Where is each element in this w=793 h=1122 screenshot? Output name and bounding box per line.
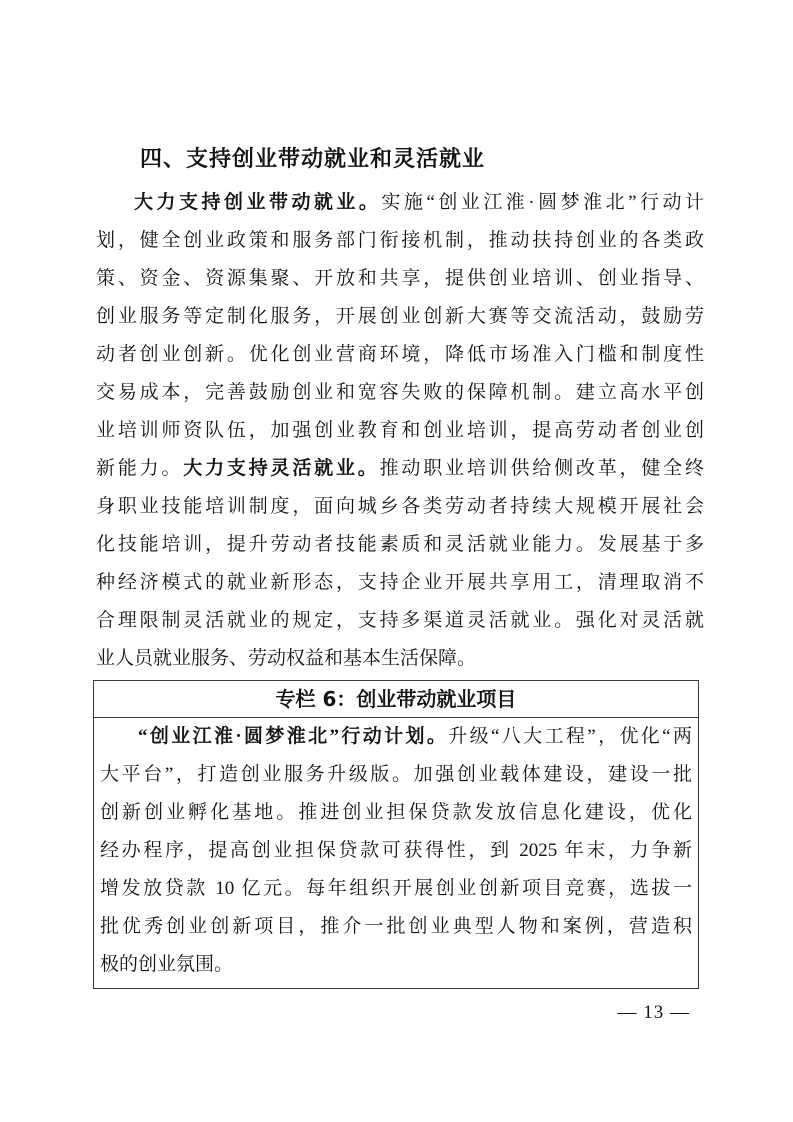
- highlight-box-title: 专栏 6：创业带动就业项目: [94, 681, 698, 718]
- paragraph-line: 创业服务等定制化服务，开展创业创新大赛等交流活动，鼓励劳: [96, 298, 704, 336]
- paragraph-line: 种经济模式的就业新形态，支持企业开展共享用工，清理取消不: [96, 564, 704, 602]
- highlight-box-body: “创业江淮·圆梦淮北”行动计划。升级“八大工程”，优化“两 大平台”，打造创业服…: [94, 718, 698, 988]
- box-line: 创新创业孵化基地。推进创业担保贷款发放信息化建设，优化: [100, 794, 692, 832]
- paragraph-line: 化技能培训，提升劳动者技能素质和灵活就业能力。发展基于多: [96, 526, 704, 564]
- line-text: 推动职业培训供给侧改革，健全终: [380, 458, 704, 479]
- body-paragraph: 大力支持创业带动就业。实施“创业江淮·圆梦淮北”行动计 划，健全创业政策和服务部…: [96, 184, 704, 678]
- box-line: 大平台”，打造创业服务升级版。加强创业载体建设，建设一批: [100, 756, 692, 794]
- page-number: — 13 —: [618, 1000, 691, 1026]
- paragraph-line: 交易成本，完善鼓励创业和宽容失败的保障机制。建立高水平创: [96, 374, 704, 412]
- paragraph-line: 业人员就业服务、劳动权益和基本生活保障。: [96, 640, 704, 678]
- paragraph-line: 动者创业创新。优化创业营商环境，降低市场准入门槛和制度性: [96, 336, 704, 374]
- paragraph-line: 大力支持创业带动就业。实施“创业江淮·圆梦淮北”行动计: [96, 184, 704, 222]
- paragraph-line: 业培训师资队伍，加强创业教育和创业培训，提高劳动者创业创: [96, 412, 704, 450]
- box-line: 经办程序，提高创业担保贷款可获得性，到 2025 年末，力争新: [100, 832, 692, 870]
- box-line: 极的创业氛围。: [100, 946, 692, 984]
- paragraph-line: 划，健全创业政策和服务部门衔接机制，推动扶持创业的各类政: [96, 222, 704, 260]
- box-line: “创业江淮·圆梦淮北”行动计划。升级“八大工程”，优化“两: [100, 718, 692, 756]
- box-line: 增发放贷款 10 亿元。每年组织开展创业创新项目竞赛，选拔一: [100, 870, 692, 908]
- document-page: 四、支持创业带动就业和灵活就业 大力支持创业带动就业。实施“创业江淮·圆梦淮北”…: [0, 0, 793, 1122]
- bold-lead-in: 大力支持创业带动就业。: [134, 192, 381, 213]
- line-text: 新能力。: [96, 458, 183, 479]
- line-text: 升级“八大工程”，优化“两: [448, 726, 692, 747]
- paragraph-line: 身职业技能培训制度，面向城乡各类劳动者持续大规模开展社会: [96, 488, 704, 526]
- document-content: 四、支持创业带动就业和灵活就业 大力支持创业带动就业。实施“创业江淮·圆梦淮北”…: [96, 144, 704, 989]
- bold-lead-in: “创业江淮·圆梦淮北”行动计划。: [138, 726, 448, 747]
- section-heading: 四、支持创业带动就业和灵活就业: [96, 144, 704, 176]
- box-line: 批优秀创业创新项目，推介一批创业典型人物和案例，营造积: [100, 908, 692, 946]
- paragraph-line: 新能力。大力支持灵活就业。推动职业培训供给侧改革，健全终: [96, 450, 704, 488]
- paragraph-line: 合理限制灵活就业的规定，支持多渠道灵活就业。强化对灵活就: [96, 602, 704, 640]
- line-text: 实施“创业江淮·圆梦淮北”行动计: [381, 192, 704, 213]
- highlight-box: 专栏 6：创业带动就业项目 “创业江淮·圆梦淮北”行动计划。升级“八大工程”，优…: [93, 680, 699, 989]
- bold-lead-in: 大力支持灵活就业。: [183, 458, 379, 479]
- paragraph-line: 策、资金、资源集聚、开放和共享，提供创业培训、创业指导、: [96, 260, 704, 298]
